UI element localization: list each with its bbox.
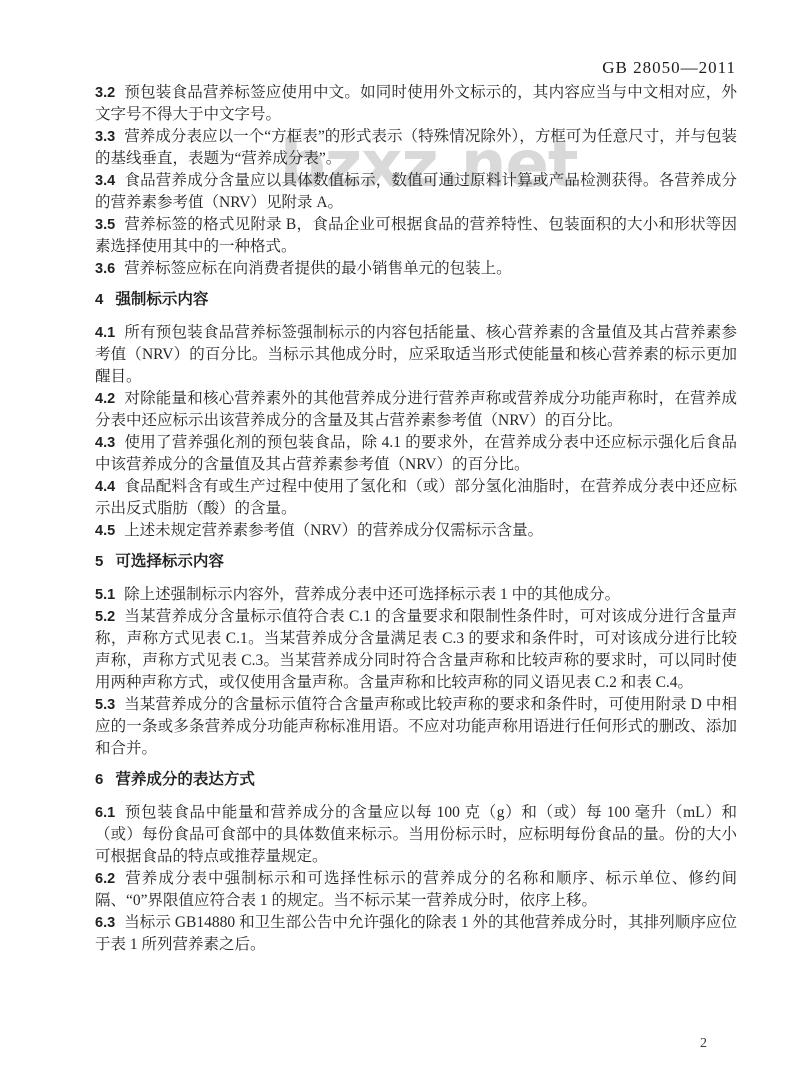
clause-number: 5.1 — [95, 587, 115, 603]
clause-text: 预包装食品营养标签应使用中文。如同时使用外文标示的，其内容应当与中文相对应，外文… — [95, 84, 737, 123]
section-title: 可选择标示内容 — [115, 553, 224, 570]
clause-text: 营养成分表中强制标示和可选择性标示的营养成分的名称和顺序、标示单位、修约间隔、“… — [95, 870, 737, 909]
clause-number: 6.2 — [95, 871, 115, 887]
clause-number: 4.2 — [95, 391, 115, 407]
section-number: 6 — [95, 771, 103, 788]
clause-4-3: 4.3使用了营养强化剂的预包装食品，除 4.1 的要求外，在营养成分表中还应标示… — [95, 432, 737, 476]
clause-number: 3.6 — [95, 261, 115, 277]
clause-5-3: 5.3当某营养成分的含量标示值符合含量声称或比较声称的要求和条件时，可使用附录 … — [95, 694, 737, 760]
clause-number: 4.4 — [95, 479, 115, 495]
clause-number: 4.5 — [95, 523, 115, 539]
section-heading-4: 4强制标示内容 — [95, 289, 737, 311]
standard-number: GB 28050—2011 — [602, 58, 736, 78]
section-number: 5 — [95, 553, 103, 570]
section-heading-5: 5可选择标示内容 — [95, 551, 737, 573]
document-page: GB 28050—2011 bzxz.net 3.2预包装食品营养标签应使用中文… — [0, 0, 800, 1090]
document-body: 3.2预包装食品营养标签应使用中文。如同时使用外文标示的，其内容应当与中文相对应… — [95, 82, 737, 956]
clause-text: 除上述强制标示内容外，营养成分表中还可选择标示表 1 中的其他成分。 — [124, 586, 620, 603]
section-title: 营养成分的表达方式 — [115, 771, 255, 788]
clause-number: 3.3 — [95, 129, 115, 145]
clause-3-3: 3.3营养成分表应以一个“方框表”的形式表示（特殊情况除外），方框可为任意尺寸，… — [95, 126, 737, 170]
clause-number: 3.2 — [95, 85, 115, 101]
clause-text: 营养成分表应以一个“方框表”的形式表示（特殊情况除外），方框可为任意尺寸，并与包… — [95, 128, 737, 167]
clause-number: 6.3 — [95, 915, 115, 931]
clause-text: 当某营养成分的含量标示值符合含量声称或比较声称的要求和条件时，可使用附录 D 中… — [95, 696, 737, 757]
section-title: 强制标示内容 — [115, 291, 208, 308]
clause-text: 预包装食品中能量和营养成分的含量应以每 100 克（g）和（或）每 100 毫升… — [95, 804, 737, 865]
clause-text: 所有预包装食品营养标签强制标示的内容包括能量、核心营养素的含量值及其占营养素参考… — [95, 324, 737, 385]
clause-number: 5.2 — [95, 609, 115, 625]
clause-number: 3.4 — [95, 173, 115, 189]
section-heading-6: 6营养成分的表达方式 — [95, 769, 737, 791]
clause-number: 4.3 — [95, 435, 115, 451]
clause-4-4: 4.4食品配料含有或生产过程中使用了氢化和（或）部分氢化油脂时，在营养成分表中还… — [95, 476, 737, 520]
page-number: 2 — [700, 1036, 707, 1052]
clause-4-1: 4.1所有预包装食品营养标签强制标示的内容包括能量、核心营养素的含量值及其占营养… — [95, 322, 737, 388]
clause-text: 对除能量和核心营养素外的其他营养成分进行营养声称或营养成分功能声称时，在营养成分… — [95, 390, 737, 429]
clause-text: 上述未规定营养素参考值（NRV）的营养成分仅需标示含量。 — [124, 522, 543, 539]
clause-text: 营养标签应标在向消费者提供的最小销售单元的包装上。 — [124, 260, 512, 277]
clause-5-1: 5.1除上述强制标示内容外，营养成分表中还可选择标示表 1 中的其他成分。 — [95, 584, 737, 606]
clause-6-1: 6.1预包装食品中能量和营养成分的含量应以每 100 克（g）和（或）每 100… — [95, 802, 737, 868]
section-number: 4 — [95, 291, 103, 308]
clause-3-4: 3.4食品营养成分含量应以具体数值标示，数值可通过原料计算或产品检测获得。各营养… — [95, 170, 737, 214]
clause-text: 使用了营养强化剂的预包装食品，除 4.1 的要求外，在营养成分表中还应标示强化后… — [95, 434, 737, 473]
clause-text: 当标示 GB14880 和卫生部公告中允许强化的除表 1 外的其他营养成分时，其… — [95, 914, 737, 953]
clause-3-5: 3.5营养标签的格式见附录 B，食品企业可根据食品的营养特性、包装面积的大小和形… — [95, 214, 737, 258]
clause-6-2: 6.2营养成分表中强制标示和可选择性标示的营养成分的名称和顺序、标示单位、修约间… — [95, 868, 737, 912]
clause-4-2: 4.2对除能量和核心营养素外的其他营养成分进行营养声称或营养成分功能声称时，在营… — [95, 388, 737, 432]
clause-text: 食品配料含有或生产过程中使用了氢化和（或）部分氢化油脂时，在营养成分表中还应标示… — [95, 478, 737, 517]
clause-number: 3.5 — [95, 217, 115, 233]
clause-text: 营养标签的格式见附录 B，食品企业可根据食品的营养特性、包装面积的大小和形状等因… — [95, 216, 737, 255]
clause-6-3: 6.3当标示 GB14880 和卫生部公告中允许强化的除表 1 外的其他营养成分… — [95, 912, 737, 956]
clause-text: 食品营养成分含量应以具体数值标示，数值可通过原料计算或产品检测获得。各营养成分的… — [95, 172, 737, 211]
clause-4-5: 4.5上述未规定营养素参考值（NRV）的营养成分仅需标示含量。 — [95, 520, 737, 542]
clause-number: 5.3 — [95, 697, 115, 713]
clause-3-2: 3.2预包装食品营养标签应使用中文。如同时使用外文标示的，其内容应当与中文相对应… — [95, 82, 737, 126]
clause-number: 6.1 — [95, 805, 115, 821]
clause-text: 当某营养成分含量标示值符合表 C.1 的含量要求和限制性条件时，可对该成分进行含… — [95, 608, 737, 691]
clause-number: 4.1 — [95, 325, 115, 341]
clause-5-2: 5.2当某营养成分含量标示值符合表 C.1 的含量要求和限制性条件时，可对该成分… — [95, 606, 737, 694]
clause-3-6: 3.6营养标签应标在向消费者提供的最小销售单元的包装上。 — [95, 258, 737, 280]
